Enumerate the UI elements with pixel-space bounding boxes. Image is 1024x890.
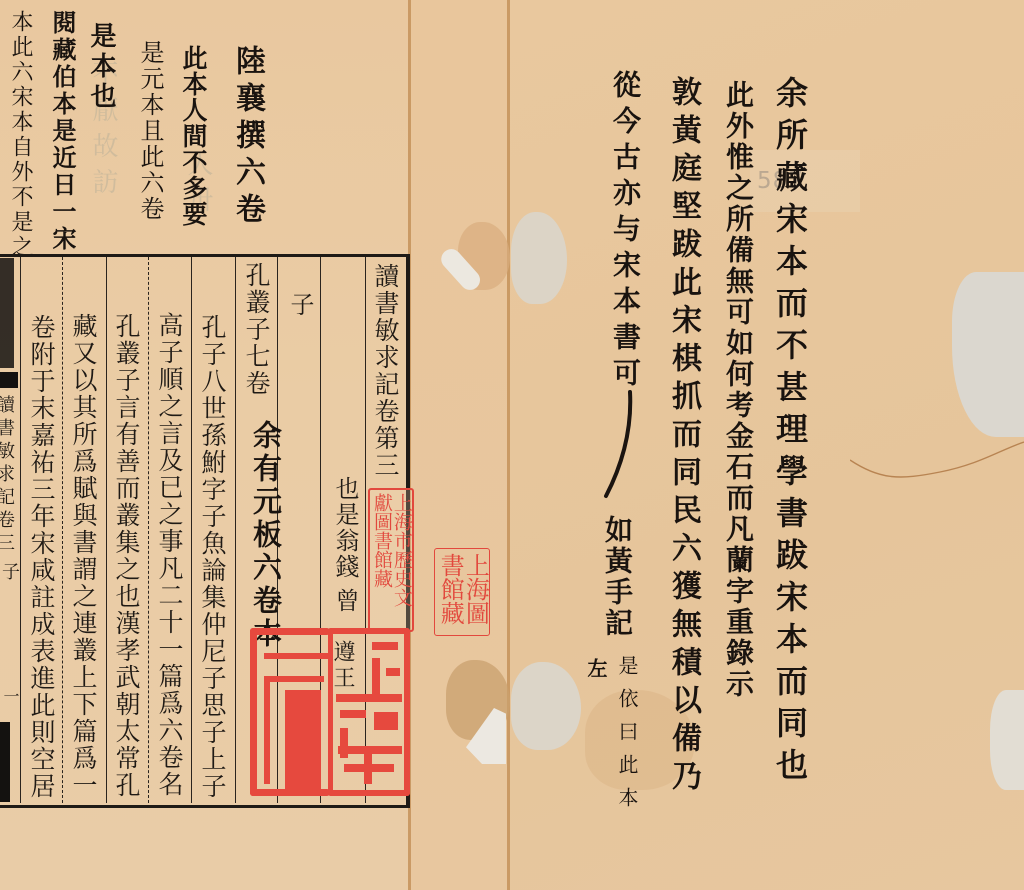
collector-seal-large-right <box>328 628 410 796</box>
paper-repair-patch <box>990 690 1024 790</box>
margin-note-column: 陸襄撰六卷 <box>232 45 262 230</box>
seal-text-column: 獻圖書館藏 <box>371 493 393 588</box>
seal-stroke <box>404 628 410 796</box>
fishtail-block <box>0 372 18 388</box>
seal-shanghai-library: 上海圖 書館藏 <box>434 548 490 636</box>
author-name: 也是翁錢 <box>333 476 357 580</box>
margin-note-column: 是元本且此六卷 <box>138 40 162 222</box>
colophon-column: 從今古亦与宋本書可 <box>611 70 639 394</box>
seal-text-column: 上海市歷史文 <box>391 493 413 607</box>
seal-stroke <box>386 668 400 676</box>
entry-title: 孔叢子七卷 <box>244 262 269 397</box>
column-rule <box>106 257 107 803</box>
seal-stroke <box>372 658 380 698</box>
column-rule <box>191 257 192 803</box>
margin-note-column: 本此六宋本自外不是之 <box>9 10 31 260</box>
seal-stroke <box>328 790 410 796</box>
paper-repair-patch <box>511 212 567 304</box>
section-heading: 子 <box>288 292 312 318</box>
centerfold-section: 子 <box>0 562 18 582</box>
seal-stroke <box>285 690 321 790</box>
seal-text: 上海市歷史文 獻圖書館藏 <box>371 493 411 607</box>
brush-stroke-tail <box>600 390 640 500</box>
column-rule <box>20 257 21 803</box>
body-text-column: 藏又以其所爲賦與書謂之連叢上下篇爲一 <box>71 313 96 799</box>
margin-note-column: 是本也 <box>88 22 114 112</box>
author-given-name: 曾 <box>333 588 357 614</box>
seal-stroke <box>328 628 410 634</box>
fishtail-block <box>0 258 14 368</box>
seal-text-column: 上海圖 <box>461 553 489 625</box>
book-title: 讀書敏求記卷第三 <box>373 263 398 479</box>
inline-annotation: 余有元板六卷本 <box>251 420 280 651</box>
paper-crack-line <box>850 420 1024 490</box>
seal-stroke <box>336 694 402 702</box>
margin-note-column: 此本人間不多要 <box>181 45 206 227</box>
seal-stroke <box>374 712 398 730</box>
colophon-side-mark: 左 <box>586 658 606 678</box>
body-text-column: 孔子八世孫鮒字子魚論集仲尼子思子上子 <box>200 314 225 800</box>
centerfold-page-number: 一 <box>2 688 18 706</box>
seal-text: 上海圖 書館藏 <box>437 553 487 625</box>
centerfold-title: 讀書敏求記卷三 <box>0 395 13 556</box>
colophon-signature: 如黃手記 <box>603 515 631 639</box>
body-text-column: 高子順之言及已之事凡二十一篇爲六卷名 <box>157 312 182 798</box>
collector-seal-large-left <box>250 628 330 796</box>
colophon-column: 敦黃庭堅跋此宋棋抓而同民六獲無積以備乃 <box>668 76 698 798</box>
body-text-column: 卷附于末嘉祐三年宋咸註成表進此則空居 <box>29 314 54 800</box>
paper-repair-patch <box>511 662 581 750</box>
seal-stroke <box>264 676 324 682</box>
margin-note-column: 閱藏伯本是近日一宋 <box>50 10 74 253</box>
column-rule <box>148 257 149 803</box>
seal-stroke <box>250 628 257 796</box>
column-rule <box>235 257 236 803</box>
seal-stroke <box>264 653 330 659</box>
seal-stroke <box>328 628 333 796</box>
seal-stroke <box>338 746 402 754</box>
seal-shanghai-history-library: 上海市歷史文 獻圖書館藏 <box>368 488 414 632</box>
seal-stroke <box>250 789 330 796</box>
colophon-column: 余所藏宋本而不甚理學書跋宋本而同也 <box>774 76 806 790</box>
fishtail-block <box>0 722 10 802</box>
seal-stroke <box>364 754 372 784</box>
seal-text-column: 書館藏 <box>436 553 464 625</box>
seal-stroke <box>250 628 330 635</box>
column-rule <box>62 257 63 803</box>
colophon-column: 此外惟之所備無可如何考金石而凡蘭字重錄示 <box>724 80 752 700</box>
seal-stroke <box>372 642 398 650</box>
colophon-postscript: 是依曰此本 <box>617 655 637 820</box>
body-text-column: 孔叢子言有善而叢集之也漢孝武朝太常孔 <box>114 313 139 799</box>
binding-fold-line <box>507 0 510 890</box>
seal-stroke <box>264 676 270 784</box>
seal-stroke <box>340 710 366 718</box>
